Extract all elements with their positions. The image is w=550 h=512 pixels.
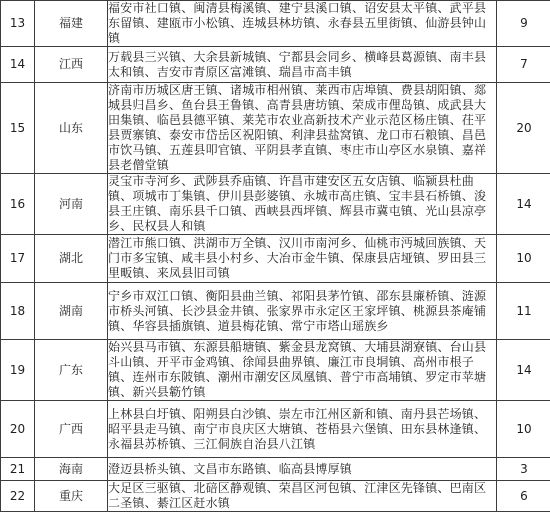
province-cell: 广东 (35, 340, 108, 401)
table-body: 13福建福安市社口镇、闽清县梅溪镇、建宁县溪口镇、诏安县太平镇、武平县东留镇、建… (1, 1, 550, 512)
table-row: 15山东济南市历城区唐王镇、诸城市相州镇、莱西市店埠镇、费县胡阳镇、郯城县归昌乡… (1, 83, 550, 174)
province-cell: 河南 (35, 174, 108, 235)
province-cell: 福建 (35, 1, 108, 47)
towns-cell: 澄迈县桥头镇、文昌市东路镇、临高县博厚镇 (108, 458, 497, 481)
province-cell: 湖南 (35, 283, 108, 340)
province-cell: 海南 (35, 458, 108, 481)
index-cell: 19 (1, 340, 35, 401)
towns-cell: 上林县白圩镇、阳朔县白沙镇、崇左市江州区新和镇、南丹县芒场镇、昭平县走马镇、南宁… (108, 401, 497, 458)
province-cell: 山东 (35, 83, 108, 174)
count-cell: 9 (497, 1, 550, 47)
index-cell: 15 (1, 83, 35, 174)
towns-cell: 济南市历城区唐王镇、诸城市相州镇、莱西市店埠镇、费县胡阳镇、郯城县归昌乡、鱼台县… (108, 83, 497, 174)
count-cell: 20 (497, 83, 550, 174)
index-cell: 17 (1, 235, 35, 283)
index-cell: 14 (1, 47, 35, 83)
table-row: 13福建福安市社口镇、闽清县梅溪镇、建宁县溪口镇、诏安县太平镇、武平县东留镇、建… (1, 1, 550, 47)
province-cell: 广西 (35, 401, 108, 458)
count-cell: 3 (497, 458, 550, 481)
table-row: 19广东始兴县马市镇、东源县船塘镇、紫金县龙窝镇、大埔县湖寮镇、台山县斗山镇、开… (1, 340, 550, 401)
index-cell: 20 (1, 401, 35, 458)
province-cell: 重庆 (35, 481, 108, 512)
province-towns-table: 13福建福安市社口镇、闽清县梅溪镇、建宁县溪口镇、诏安县太平镇、武平县东留镇、建… (0, 0, 550, 512)
table-row: 21海南澄迈县桥头镇、文昌市东路镇、临高县博厚镇3 (1, 458, 550, 481)
index-cell: 21 (1, 458, 35, 481)
count-cell: 10 (497, 401, 550, 458)
index-cell: 16 (1, 174, 35, 235)
count-cell: 7 (497, 47, 550, 83)
towns-cell: 大足区三驱镇、北碚区静观镇、荣昌区河包镇、江津区先锋镇、巴南区二圣镇、綦江区赶水… (108, 481, 497, 512)
province-cell: 江西 (35, 47, 108, 83)
index-cell: 13 (1, 1, 35, 47)
towns-cell: 宁乡市双江口镇、衡阳县曲兰镇、祁阳县茅竹镇、邵东县廉桥镇、涟源市桥头河镇、长沙县… (108, 283, 497, 340)
count-cell: 11 (497, 283, 550, 340)
towns-cell: 福安市社口镇、闽清县梅溪镇、建宁县溪口镇、诏安县太平镇、武平县东留镇、建瓯市小松… (108, 1, 497, 47)
table-row: 16河南灵宝市寺河乡、武陟县乔庙镇、许昌市建安区五女店镇、临颍县杜曲镇、项城市丁… (1, 174, 550, 235)
index-cell: 22 (1, 481, 35, 512)
province-cell: 湖北 (35, 235, 108, 283)
table-row: 22重庆大足区三驱镇、北碚区静观镇、荣昌区河包镇、江津区先锋镇、巴南区二圣镇、綦… (1, 481, 550, 512)
index-cell: 18 (1, 283, 35, 340)
count-cell: 6 (497, 481, 550, 512)
towns-cell: 灵宝市寺河乡、武陟县乔庙镇、许昌市建安区五女店镇、临颍县杜曲镇、项城市丁集镇、伊… (108, 174, 497, 235)
count-cell: 14 (497, 174, 550, 235)
count-cell: 10 (497, 235, 550, 283)
towns-cell: 始兴县马市镇、东源县船塘镇、紫金县龙窝镇、大埔县湖寮镇、台山县斗山镇、开平市金鸡… (108, 340, 497, 401)
table-row: 14江西万载县三兴镇、大余县新城镇、宁都县会同乡、横峰县葛源镇、南丰县太和镇、吉… (1, 47, 550, 83)
towns-cell: 潜江市熊口镇、洪湖市万全镇、汉川市南河乡、仙桃市沔城回族镇、天门市多宝镇、咸丰县… (108, 235, 497, 283)
table-row: 18湖南宁乡市双江口镇、衡阳县曲兰镇、祁阳县茅竹镇、邵东县廉桥镇、涟源市桥头河镇… (1, 283, 550, 340)
table-row: 20广西上林县白圩镇、阳朔县白沙镇、崇左市江州区新和镇、南丹县芒场镇、昭平县走马… (1, 401, 550, 458)
count-cell: 14 (497, 340, 550, 401)
table-row: 17湖北潜江市熊口镇、洪湖市万全镇、汉川市南河乡、仙桃市沔城回族镇、天门市多宝镇… (1, 235, 550, 283)
towns-cell: 万载县三兴镇、大余县新城镇、宁都县会同乡、横峰县葛源镇、南丰县太和镇、吉安市青原… (108, 47, 497, 83)
